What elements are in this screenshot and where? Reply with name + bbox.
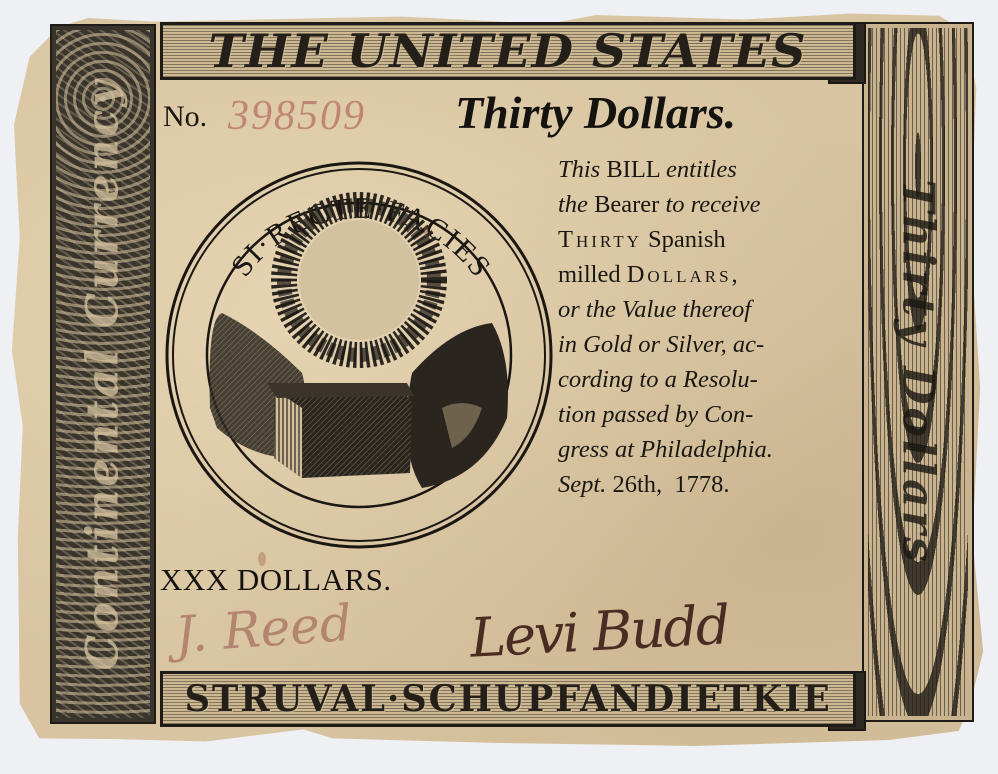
left-border-text: Continental Currency [78, 78, 129, 670]
promise-line-4: milled Dollars, [558, 257, 860, 292]
promise-line-1: This BILL entitles [558, 152, 860, 187]
promise-line-8: tion passed by Con- [558, 397, 860, 432]
promise-line-7: cording to a Resolu- [558, 362, 860, 397]
promise-line-2: the Bearer to receive [558, 187, 860, 222]
promise-line-9: gress at Philadelphia. [558, 432, 860, 467]
footer-banner-text: STRUVAL·SCHUPFANDIETKIE [184, 678, 831, 720]
right-ornamental-border: Thirty Dollars [862, 22, 974, 722]
ink-stain [424, 225, 428, 237]
promise-text: This BILL entitles the Bearer to receive… [558, 152, 860, 502]
serial-number: 398509 [228, 92, 366, 140]
promise-line-5: or the Value thereof [558, 292, 860, 327]
right-border-text: Thirty Dollars [893, 179, 944, 564]
signature-left: J. Reed [173, 594, 353, 664]
issue-date: Sept. 26th, 1778. [558, 467, 860, 502]
header-banner: THE UNITED STATES [160, 22, 856, 80]
promise-line-3: Thirty Spanish [558, 222, 860, 257]
note-title: Thirty Dollars. [455, 86, 736, 139]
denomination-label: XXX DOLLARS. [160, 562, 392, 598]
footer-banner: STRUVAL·SCHUPFANDIETKIE [160, 671, 856, 727]
promise-line-6: in Gold or Silver, ac- [558, 327, 860, 362]
header-banner-text: THE UNITED STATES [209, 24, 807, 78]
seal-emblem: SI·RECTE·FACIES [162, 158, 556, 552]
ink-stain [258, 552, 266, 566]
signature-right: Levi Budd [469, 593, 730, 669]
left-ornamental-border: Continental Currency [50, 24, 156, 724]
serial-prefix: No. [163, 100, 207, 134]
